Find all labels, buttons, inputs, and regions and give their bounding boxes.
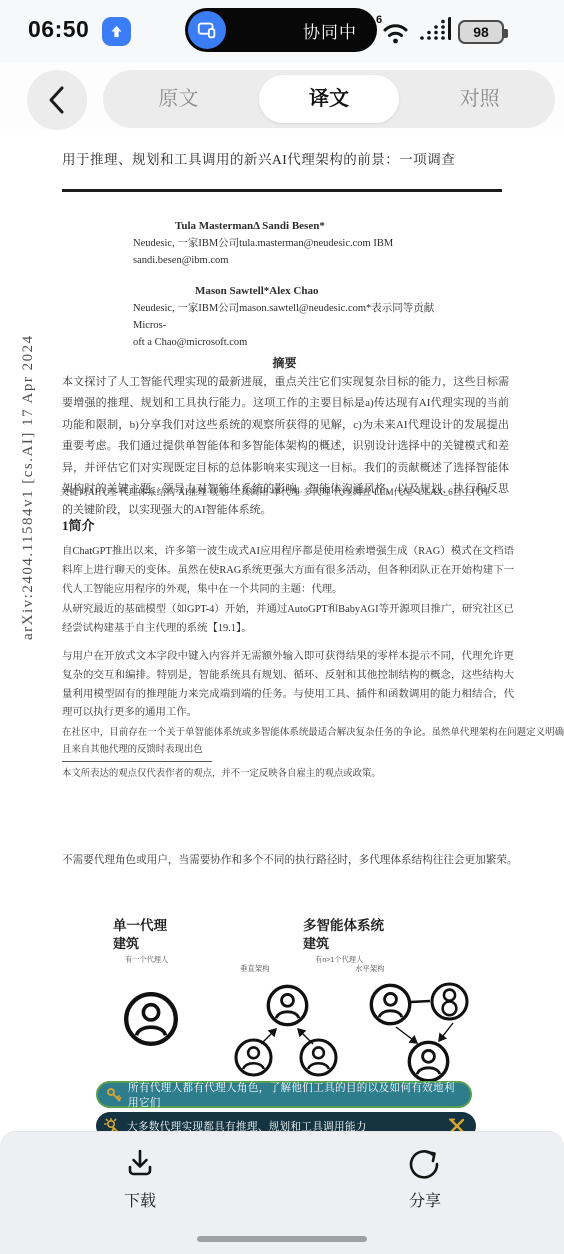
- arrow-up-right: [298, 1029, 313, 1044]
- clock: 06:50: [28, 16, 89, 43]
- status-bar: 06:50 协同中 6: [0, 0, 564, 62]
- battery-nub: [504, 29, 508, 38]
- phone-screen: 06:50 协同中 6: [0, 0, 564, 1254]
- arrow-up-left: [261, 1029, 276, 1044]
- title-rule: [62, 189, 502, 192]
- horizontal-right-agent-pair-icon: [432, 984, 467, 1019]
- document-page: 用于推理、规划和工具调用的新兴AI代理架构的前景：一项调查 Tula Maste…: [0, 130, 564, 1140]
- peer-link: [411, 1001, 430, 1002]
- cellular-signal-icon: [419, 15, 451, 46]
- authors-block: Tula MastermanΔ Sandi Besen* Neudesic, 一…: [133, 218, 443, 351]
- status-icons: 6 98: [378, 14, 504, 46]
- battery-icon: 98: [458, 20, 504, 44]
- single-agent-title: 单一代理: [113, 916, 168, 935]
- horizontal-left-agent-icon: [371, 985, 409, 1023]
- download-button[interactable]: 下载: [80, 1146, 200, 1211]
- abstract-heading: 摘要: [62, 354, 507, 371]
- arxiv-watermark: arXiv:2404.11584v1 [cs.AI] 17 Apr 2024: [20, 140, 42, 640]
- intro-paragraph-2: 从研究最近的基础模型（如GPT-4）开始，并通过AutoGPT和BabyAGI等…: [62, 601, 514, 639]
- author-names-2: Mason Sawtell*Alex Chao: [133, 283, 443, 300]
- share-icon: [407, 1146, 443, 1182]
- keywords-line: 关键词AI代理·代理体系结构·AI推理·规划·工具调用·单代理·多代理·代理调查…: [60, 484, 516, 498]
- download-label: 下载: [124, 1188, 156, 1211]
- tab-compare[interactable]: 对照: [409, 75, 550, 123]
- intro-paragraph-1: 自ChatGPT推出以来，许多第一波生成式AI应用程序都是使用检索增强生成（RA…: [62, 543, 514, 599]
- section-heading: 1简介: [62, 515, 514, 534]
- intro-paragraph-3: 与用户在开放式文本字段中键入内容并无需额外输入即可获得结果的零样本提示不同，代理…: [62, 648, 514, 723]
- vertical-arch-label: 垂直架构: [240, 963, 270, 974]
- upload-arrow-icon: [102, 17, 131, 46]
- tab-bar: 原文 译文 对照: [0, 68, 564, 130]
- banner-roles-text: 所有代理人都有代理人角色，了解他们工具的目的以及如何有效地利用它们: [128, 1080, 460, 1110]
- author-names-1: Tula MastermanΔ Sandi Besen*: [133, 218, 443, 235]
- author-affil-2a: Neudesic, 一家IBM公司mason.sawtell@neudesic.…: [133, 300, 443, 334]
- agent-architecture-diagram: [55, 975, 515, 1090]
- share-button[interactable]: 分享: [365, 1146, 485, 1211]
- vertical-top-agent-icon: [268, 986, 306, 1024]
- footnote-text: 本文所表达的观点仅代表作者的观点，并不一定反映各自雇主的观点或政策。: [62, 765, 514, 779]
- abstract-text: 本文探讨了人工智能代理实现的最新进展，重点关注它们实现复杂目标的能力，这些目标需…: [62, 372, 509, 522]
- single-agent-subtitle: 建筑: [113, 935, 168, 953]
- share-label: 分享: [409, 1188, 441, 1211]
- home-indicator[interactable]: [197, 1236, 367, 1242]
- multi-agent-title: 多智能体系统: [303, 916, 384, 935]
- multi-agent-subtitle: 建筑: [303, 935, 384, 953]
- intro-paragraph-4: 在社区中，目前存在一个关于单智能体系统或多智能体系统最适合解决复杂任务的争论。虽…: [62, 725, 564, 758]
- arrow-down-right: [439, 1023, 453, 1041]
- vertical-left-agent-icon: [236, 1040, 271, 1075]
- single-agent-label: 单一代理 建筑 有一个代理人: [113, 916, 168, 965]
- wifi-icon: 6: [378, 16, 412, 46]
- collaboration-pill[interactable]: 协同中: [185, 8, 377, 52]
- horizontal-arch-label: 水平架构: [355, 963, 385, 974]
- back-button[interactable]: [27, 70, 87, 130]
- callout-banner-roles: 所有代理人都有代理人角色，了解他们工具的目的以及如何有效地利用它们: [96, 1081, 472, 1108]
- download-icon: [122, 1146, 158, 1182]
- battery-percent: 98: [473, 24, 489, 40]
- chevron-left-icon: [44, 83, 70, 117]
- wifi6-label: 6: [376, 14, 382, 26]
- screen-mirror-icon: [188, 11, 226, 49]
- tab-translation[interactable]: 译文: [259, 75, 400, 123]
- vertical-right-agent-icon: [301, 1040, 336, 1075]
- single-agent-note: 有一个代理人: [113, 955, 168, 965]
- intro-paragraph-5: 不需要代理角色或用户，当需要协作和多个不同的执行路径时，多代理体系结构往往会更加…: [62, 852, 522, 867]
- paper-title: 用于推理、规划和工具调用的新兴AI代理架构的前景：一项调查: [62, 148, 512, 168]
- arrow-down-left: [396, 1027, 417, 1043]
- collab-status-label: 协同中: [303, 18, 357, 43]
- intro-section: 1简介 自ChatGPT推出以来，许多第一波生成式AI应用程序都是使用检索增强生…: [62, 515, 514, 779]
- tab-original[interactable]: 原文: [108, 75, 249, 123]
- single-agent-icon: [126, 994, 176, 1044]
- horizontal-bottom-agent-icon: [409, 1042, 447, 1080]
- multi-agent-label: 多智能体系统 建筑 有n>1个代理人: [303, 916, 384, 965]
- key-icon: [106, 1087, 122, 1103]
- view-mode-segmented-control: 原文 译文 对照: [103, 70, 555, 128]
- author-affil-1: Neudesic, 一家IBM公司tula.masterman@neudesic…: [133, 235, 443, 269]
- footnote-rule: [62, 761, 212, 762]
- author-affil-2b: oft a Chao@microsoft.com: [133, 334, 443, 351]
